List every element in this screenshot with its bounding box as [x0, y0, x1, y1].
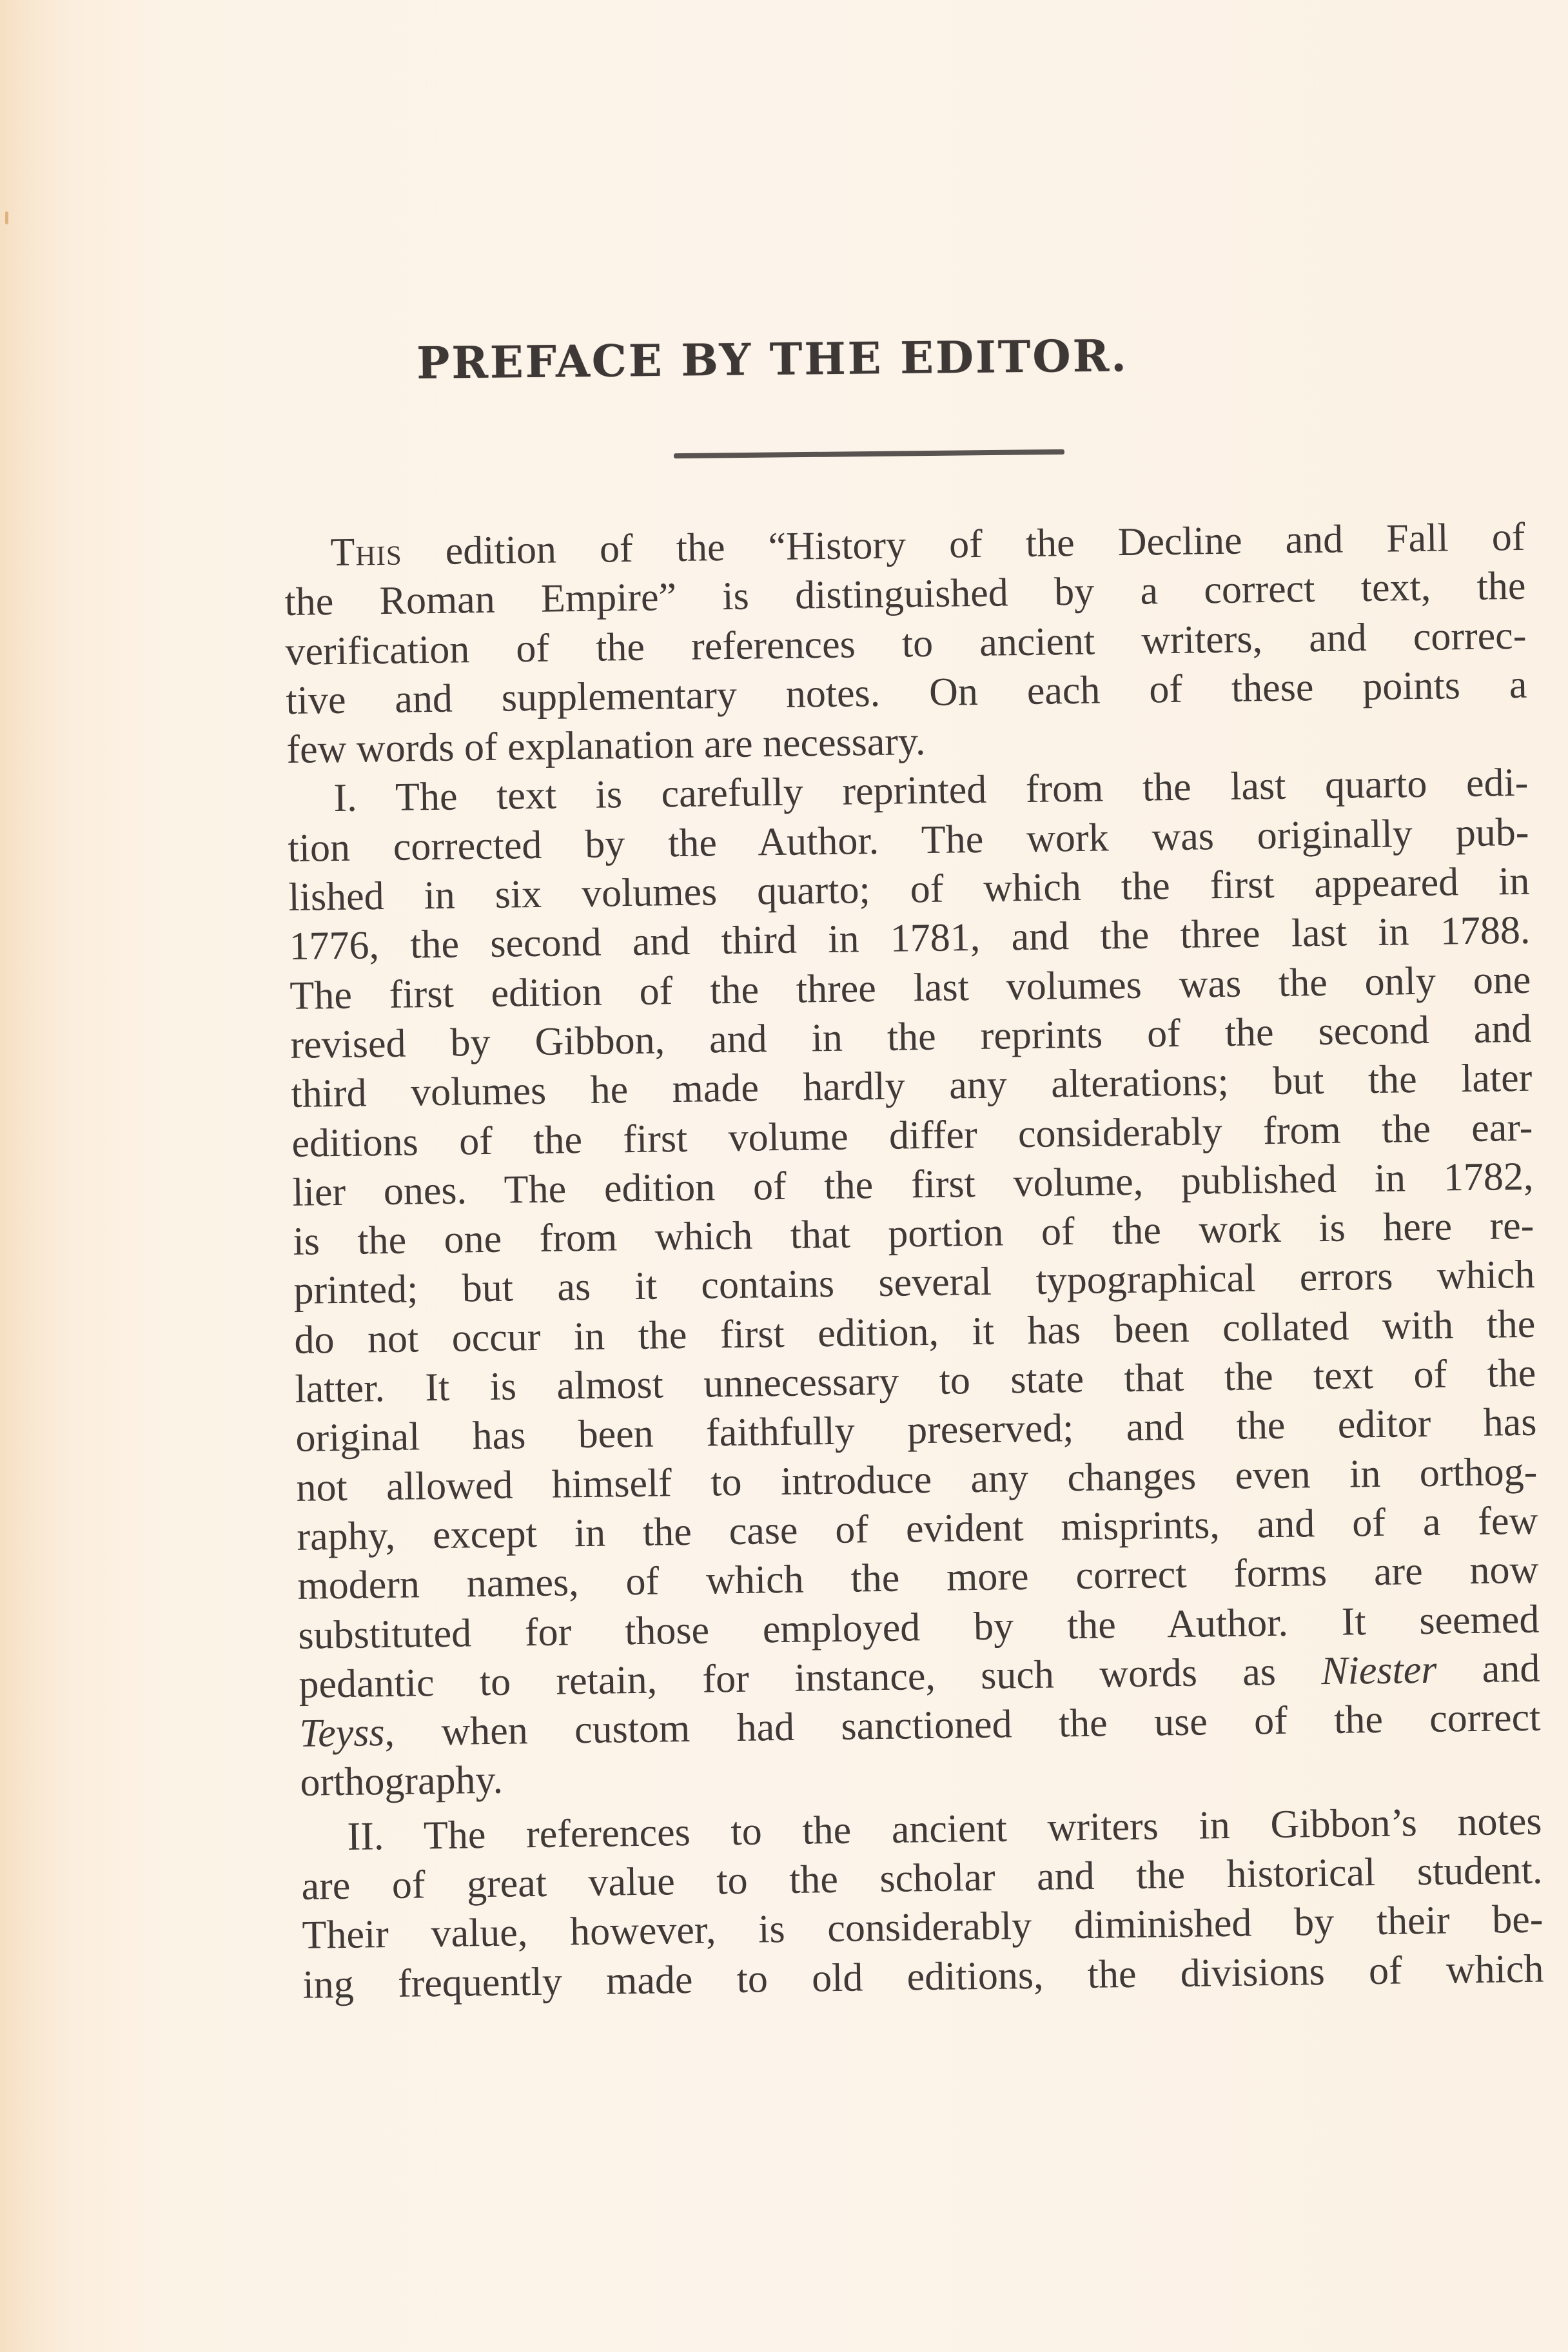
paragraph-section-ii: II. The references to the ancient writer… [300, 1796, 1544, 2009]
line-text: and [1436, 1646, 1540, 1691]
preface-body: This edition of the “History of the Decl… [284, 513, 1544, 2010]
paragraph-intro: This edition of the “History of the Decl… [284, 513, 1528, 775]
book-page: PREFACE BY THE EDITOR. This edition of t… [0, 0, 1568, 2352]
small-caps-lead: This [330, 530, 402, 574]
page-title: PREFACE BY THE EDITOR. [0, 326, 1556, 393]
paper-stain [5, 211, 8, 224]
italic-term-niester: Niester [1321, 1648, 1437, 1693]
title-rule-divider [674, 449, 1064, 458]
paragraph-section-i: I. The text is carefully reprinted from … [287, 758, 1542, 1807]
italic-term-teyss: Teyss [299, 1710, 385, 1756]
